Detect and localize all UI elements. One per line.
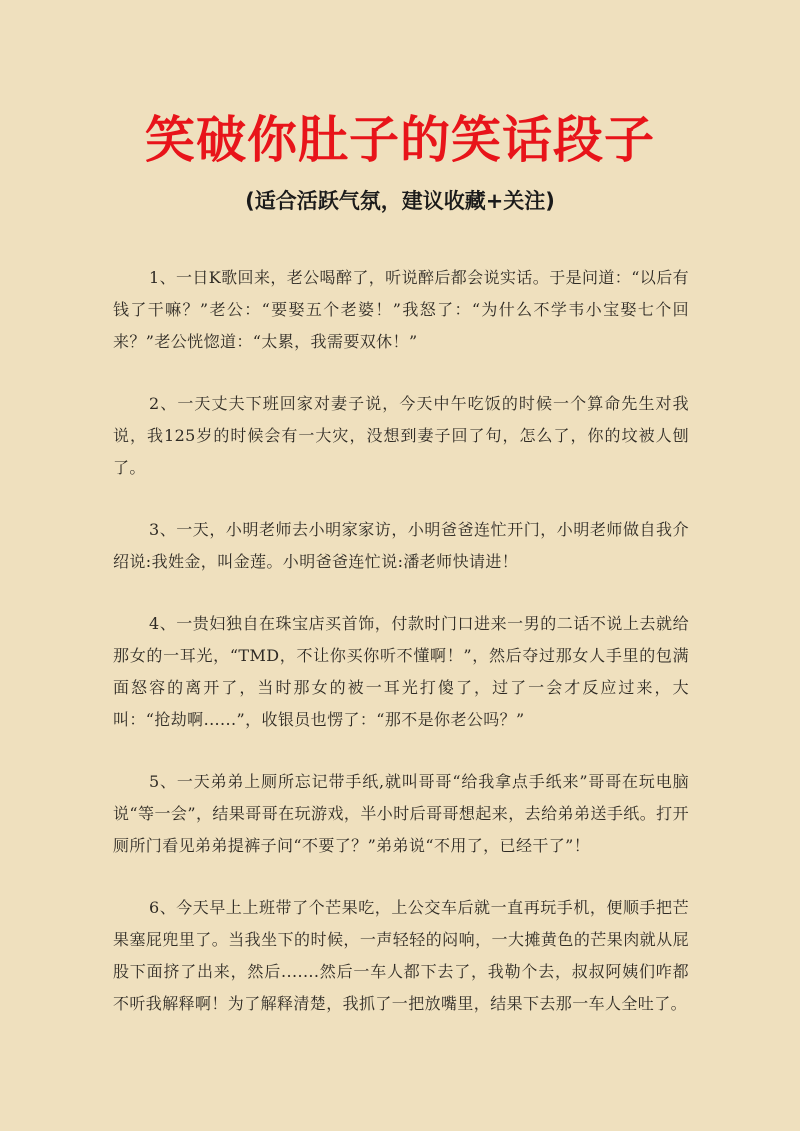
joke-list: 1、一日K歌回来，老公喝醉了，听说醉后都会说实话。于是问道：“以后有钱了干嘛？”… xyxy=(113,262,689,1050)
page-subtitle: (适合活跃气氛，建议收藏+关注) xyxy=(0,186,800,216)
joke-paragraph-1: 1、一日K歌回来，老公喝醉了，听说醉后都会说实话。于是问道：“以后有钱了干嘛？”… xyxy=(113,262,689,358)
joke-paragraph-3: 3、一天，小明老师去小明家家访，小明爸爸连忙开门，小明老师做自我介绍说:我姓金，… xyxy=(113,514,689,578)
joke-paragraph-5: 5、一天弟弟上厕所忘记带手纸,就叫哥哥“给我拿点手纸来”哥哥在玩电脑说“等一会”… xyxy=(113,766,689,862)
joke-paragraph-6: 6、今天早上上班带了个芒果吃，上公交车后就一直再玩手机，便顺手把芒果塞屁兜里了。… xyxy=(113,892,689,1020)
joke-paragraph-4: 4、一贵妇独自在珠宝店买首饰，付款时门口进来一男的二话不说上去就给那女的一耳光，… xyxy=(113,608,689,736)
page-title: 笑破你肚子的笑话段子 xyxy=(0,108,800,172)
joke-paragraph-2: 2、一天丈夫下班回家对妻子说，今天中午吃饭的时候一个算命先生对我说，我125岁的… xyxy=(113,388,689,484)
